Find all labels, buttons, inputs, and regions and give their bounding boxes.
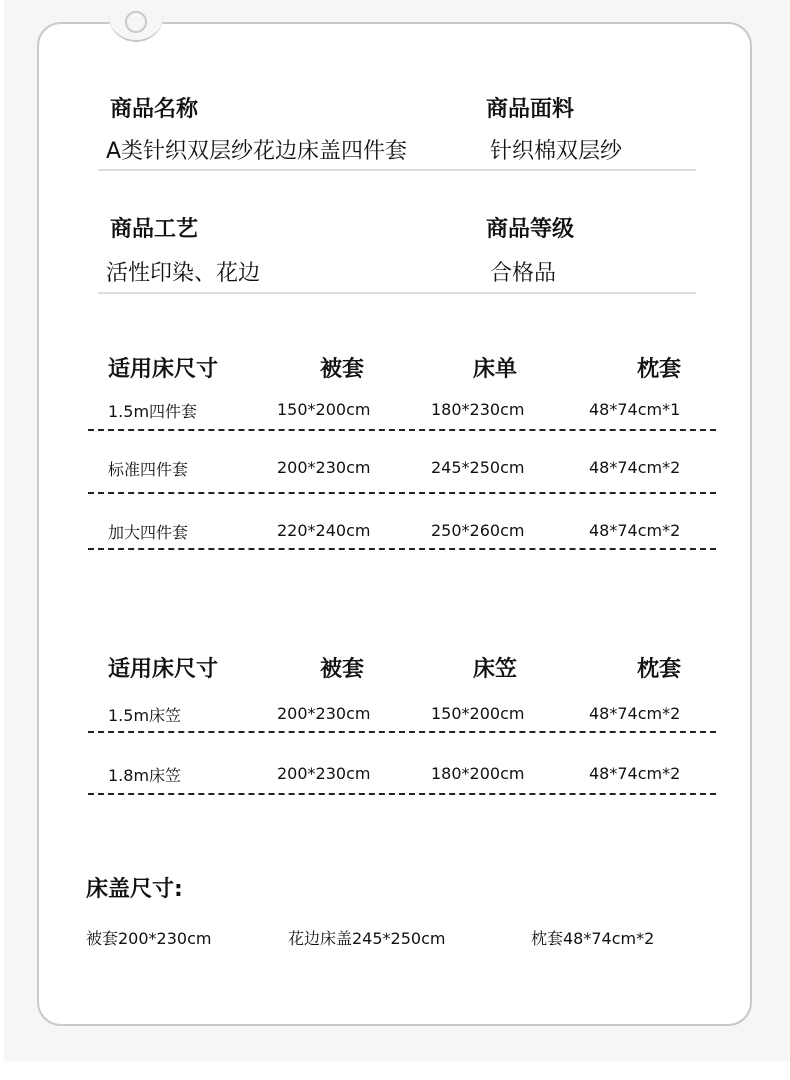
bedcover-item-duvet: 被套200*230cm [86,926,211,949]
table-cell: 150*200cm [277,400,370,419]
fabric-value: 针织棉双层纱 [490,134,622,165]
table-header: 床笠 [473,652,517,683]
table-header: 适用床尺寸 [108,652,218,683]
fabric-label: 商品面料 [486,92,574,123]
table-header: 枕套 [637,652,681,683]
table-cell: 48*74cm*2 [589,704,680,723]
table-cell: 48*74cm*2 [589,458,680,477]
table-cell: 150*200cm [431,704,524,723]
bedcover-size-title: 床盖尺寸: [86,872,183,903]
hanger-hole-icon [125,11,147,33]
grade-value: 合格品 [490,256,556,287]
table-cell: 标准四件套 [108,457,188,480]
table-header: 床单 [473,352,517,383]
table-cell: 1.5m床笠 [108,703,181,726]
divider [98,169,696,171]
dashed-divider [88,429,716,431]
dashed-divider [88,492,716,494]
bedcover-item-pillowcase: 枕套48*74cm*2 [531,926,654,949]
table-cell: 48*74cm*2 [589,764,680,783]
product-name-label: 商品名称 [110,92,198,123]
table-cell: 245*250cm [431,458,524,477]
table-cell: 48*74cm*2 [589,521,680,540]
table-header: 适用床尺寸 [108,352,218,383]
table-cell: 250*260cm [431,521,524,540]
dashed-divider [88,731,716,733]
table-cell: 180*230cm [431,400,524,419]
table-cell: 180*200cm [431,764,524,783]
product-name-value: A类针织双层纱花边床盖四件套 [106,134,407,165]
table-cell: 220*240cm [277,521,370,540]
grade-label: 商品等级 [486,212,574,243]
dashed-divider [88,793,716,795]
table-cell: 200*230cm [277,764,370,783]
table-header: 被套 [320,352,364,383]
table-cell: 1.8m床笠 [108,763,181,786]
craft-label: 商品工艺 [110,212,198,243]
table-cell: 1.5m四件套 [108,399,197,422]
table-cell: 200*230cm [277,704,370,723]
table-header: 被套 [320,652,364,683]
table-cell: 200*230cm [277,458,370,477]
dashed-divider [88,548,716,550]
divider [98,292,696,294]
table-header: 枕套 [637,352,681,383]
craft-value: 活性印染、花边 [106,256,260,287]
table-cell: 48*74cm*1 [589,400,680,419]
bedcover-item-lace-cover: 花边床盖245*250cm [288,926,445,949]
table-cell: 加大四件套 [108,520,188,543]
